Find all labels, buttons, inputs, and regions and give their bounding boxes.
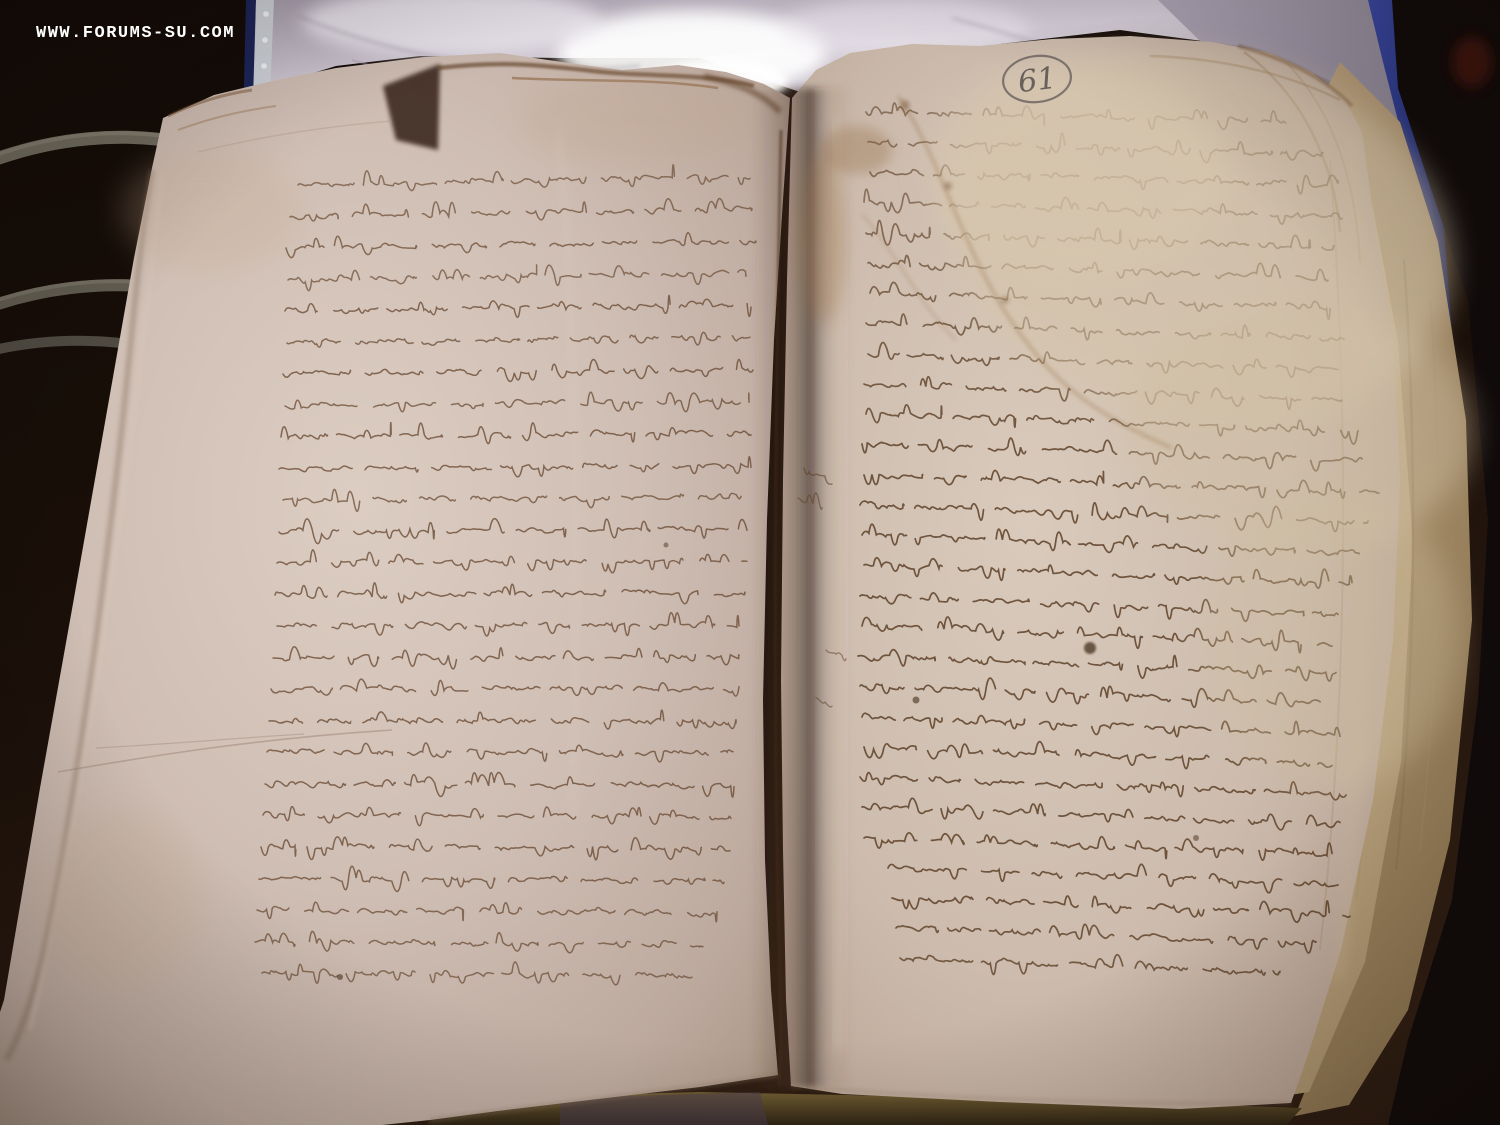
manuscript-photo: 61 [0, 0, 1500, 1125]
manuscript-photo-scene: 61 WWW.FORUMS-SU.COM [0, 0, 1500, 1125]
watermark-text: WWW.FORUMS-SU.COM [36, 24, 235, 43]
photo-vignette [0, 0, 1500, 1125]
